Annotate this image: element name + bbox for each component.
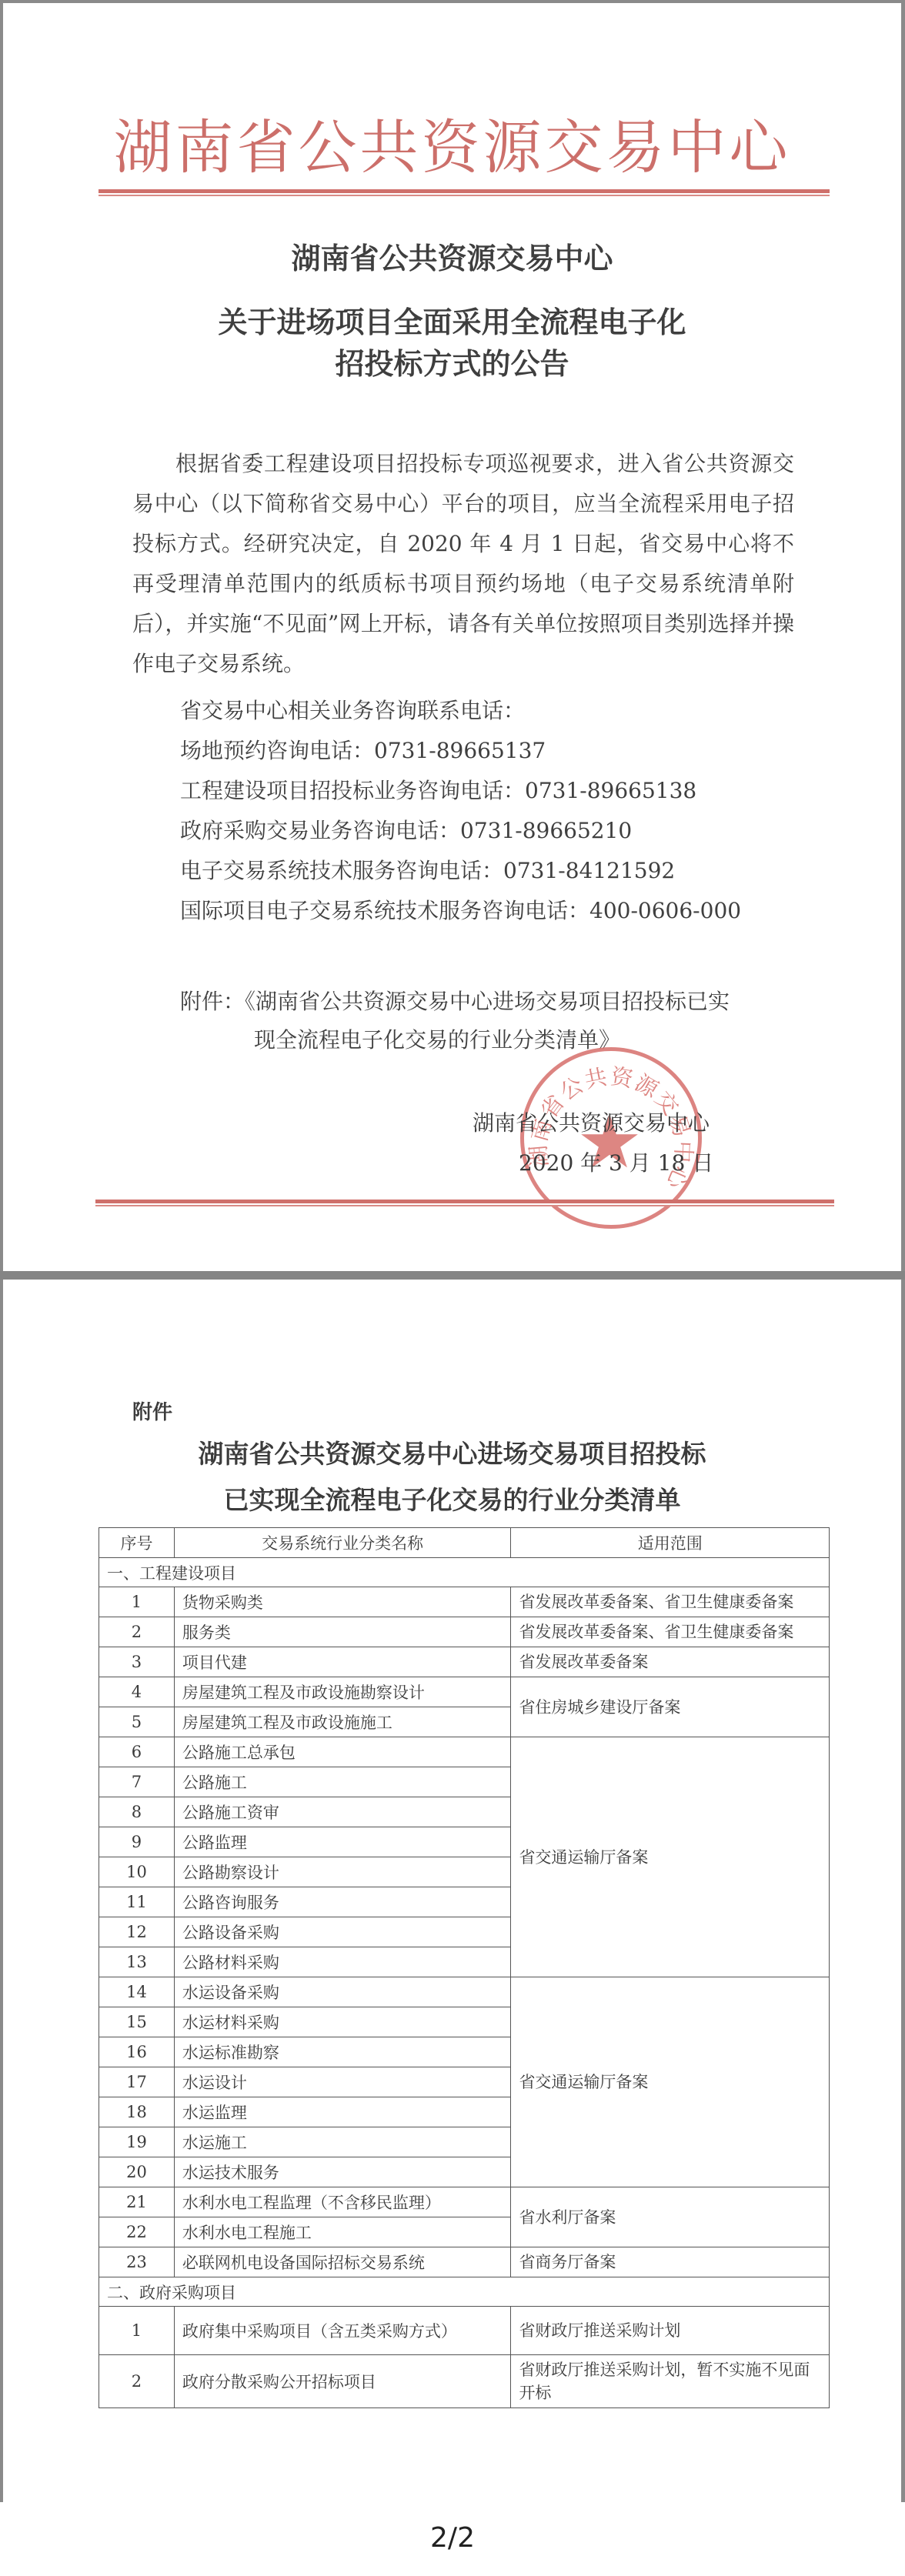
cell-no: 3 xyxy=(99,1647,175,1677)
cell-no: 1 xyxy=(99,2307,175,2355)
cell-scope: 省住房城乡建设厅备案 xyxy=(511,1677,830,1737)
notice-title-line-3: 招投标方式的公告 xyxy=(3,349,901,379)
contact-list: 省交易中心相关业务咨询联系电话： 场地预约咨询电话：0731-89665137 … xyxy=(180,691,741,931)
header-name: 交易系统行业分类名称 xyxy=(174,1528,511,1558)
signature-date: 2020 年 3 月 18 日 xyxy=(473,1143,713,1183)
cell-name: 水运技术服务 xyxy=(174,2157,511,2187)
contact-item: 工程建设项目招投标业务咨询电话：0731-89665138 xyxy=(180,771,741,811)
table-row: 21水利水电工程监理（不含移民监理）省水利厅备案 xyxy=(99,2187,830,2217)
cell-name: 公路材料采购 xyxy=(174,1947,511,1977)
cell-name: 水运施工 xyxy=(174,2127,511,2157)
cell-name: 公路设备采购 xyxy=(174,1917,511,1947)
notice-body: 根据省委工程建设项目招投标专项巡视要求，进入省公共资源交易中心（以下简称省交易中… xyxy=(132,444,794,684)
contacts-heading: 省交易中心相关业务咨询联系电话： xyxy=(180,691,741,731)
cell-no: 7 xyxy=(99,1767,175,1797)
table-row: 14水运设备采购省交通运输厅备案 xyxy=(99,1977,830,2007)
phone-number: 0731-89665210 xyxy=(460,818,632,843)
cell-no: 16 xyxy=(99,2037,175,2067)
notice-title-line-1: 湖南省公共资源交易中心 xyxy=(3,244,901,273)
cell-name: 政府分散采购公开招标项目 xyxy=(174,2355,511,2408)
cell-name: 房屋建筑工程及市政设施勘察设计 xyxy=(174,1677,511,1707)
table-row: 2服务类省发展改革委备案、省卫生健康委备案 xyxy=(99,1617,830,1647)
cell-no: 2 xyxy=(99,2355,175,2408)
cell-scope: 省水利厅备案 xyxy=(511,2187,830,2247)
cell-name: 水利水电工程监理（不含移民监理） xyxy=(174,2187,511,2217)
cell-name: 必联网机电设备国际招标交易系统 xyxy=(174,2247,511,2277)
letterhead: 湖南省公共资源交易中心 xyxy=(3,118,901,177)
table-row: 1货物采购类省发展改革委备案、省卫生健康委备案 xyxy=(99,1587,830,1617)
cell-name: 货物采购类 xyxy=(174,1587,511,1617)
cell-name: 房屋建筑工程及市政设施施工 xyxy=(174,1707,511,1737)
cell-scope: 省发展改革委备案、省卫生健康委备案 xyxy=(511,1617,830,1647)
cell-no: 20 xyxy=(99,2157,175,2187)
cell-no: 14 xyxy=(99,1977,175,2007)
cell-name: 公路施工总承包 xyxy=(174,1737,511,1767)
letterhead-red-rule xyxy=(99,189,830,197)
cell-no: 9 xyxy=(99,1827,175,1857)
cell-no: 6 xyxy=(99,1737,175,1767)
table-row: 1政府集中采购项目（含五类采购方式）省财政厅推送采购计划 xyxy=(99,2307,830,2355)
cell-no: 17 xyxy=(99,2067,175,2097)
phone-number: 0731-89665137 xyxy=(374,738,546,763)
table-row: 2政府分散采购公开招标项目省财政厅推送采购计划，暂不实施不见面开标 xyxy=(99,2355,830,2408)
cell-no: 19 xyxy=(99,2127,175,2157)
cell-no: 22 xyxy=(99,2217,175,2247)
cell-no: 18 xyxy=(99,2097,175,2127)
industry-classification-table: 序号 交易系统行业分类名称 适用范围 一、工程建设项目 1货物采购类省发展改革委… xyxy=(99,1527,830,2408)
cell-name: 公路监理 xyxy=(174,1827,511,1857)
cell-scope: 省财政厅推送采购计划 xyxy=(511,2307,830,2355)
header-no: 序号 xyxy=(99,1528,175,1558)
cell-name: 公路施工 xyxy=(174,1767,511,1797)
cell-scope: 省财政厅推送采购计划，暂不实施不见面开标 xyxy=(511,2355,830,2408)
phone-number: 400-0606-000 xyxy=(589,898,741,923)
cell-name: 公路咨询服务 xyxy=(174,1887,511,1917)
cell-scope: 省交通运输厅备案 xyxy=(511,1737,830,1977)
cell-no: 8 xyxy=(99,1797,175,1827)
page-indicator: 2/2 xyxy=(0,2522,905,2554)
cell-name: 项目代建 xyxy=(174,1647,511,1677)
annex-title-line-1: 湖南省公共资源交易中心进场交易项目招投标 xyxy=(3,1441,901,1467)
contact-item: 国际项目电子交易系统技术服务咨询电话：400-0606-000 xyxy=(180,891,741,931)
table-row: 3项目代建省发展改革委备案 xyxy=(99,1647,830,1677)
document-page-1: 湖南省公共资源交易中心 湖南省公共资源交易中心 关于进场项目全面采用全流程电子化… xyxy=(3,3,901,1271)
page-separator xyxy=(0,1271,905,1280)
cell-scope: 省商务厅备案 xyxy=(511,2247,830,2277)
cell-name: 服务类 xyxy=(174,1617,511,1647)
table-header-row: 序号 交易系统行业分类名称 适用范围 xyxy=(99,1528,830,1558)
cell-no: 5 xyxy=(99,1707,175,1737)
cell-no: 4 xyxy=(99,1677,175,1707)
cell-no: 10 xyxy=(99,1857,175,1887)
cell-name: 水运监理 xyxy=(174,2097,511,2127)
cell-name: 公路勘察设计 xyxy=(174,1857,511,1887)
annex-label: 附件 xyxy=(132,1396,172,1425)
cell-scope: 省发展改革委备案 xyxy=(511,1647,830,1677)
cell-name: 水利水电工程施工 xyxy=(174,2217,511,2247)
cell-name: 水运设备采购 xyxy=(174,1977,511,2007)
cell-scope: 省发展改革委备案、省卫生健康委备案 xyxy=(511,1587,830,1617)
section-row: 二、政府采购项目 xyxy=(99,2277,830,2307)
annex-title-line-2: 已实现全流程电子化交易的行业分类清单 xyxy=(3,1487,901,1513)
cell-no: 2 xyxy=(99,1617,175,1647)
cell-name: 公路施工资审 xyxy=(174,1797,511,1827)
table-row: 23必联网机电设备国际招标交易系统省商务厅备案 xyxy=(99,2247,830,2277)
notice-title-line-2: 关于进场项目全面采用全流程电子化 xyxy=(3,308,901,337)
cell-no: 15 xyxy=(99,2007,175,2037)
contact-item: 场地预约咨询电话：0731-89665137 xyxy=(180,731,741,771)
contact-item: 政府采购交易业务咨询电话：0731-89665210 xyxy=(180,811,741,851)
cell-name: 水运材料采购 xyxy=(174,2007,511,2037)
signature-org: 湖南省公共资源交易中心 xyxy=(473,1103,713,1143)
footer-red-rule xyxy=(95,1200,834,1206)
phone-number: 0731-89665138 xyxy=(525,778,696,803)
notice-paragraph: 根据省委工程建设项目招投标专项巡视要求，进入省公共资源交易中心（以下简称省交易中… xyxy=(132,444,794,684)
viewer-scrollbar[interactable] xyxy=(901,0,905,2502)
table-row: 4房屋建筑工程及市政设施勘察设计省住房城乡建设厅备案 xyxy=(99,1677,830,1707)
table-row: 6公路施工总承包省交通运输厅备案 xyxy=(99,1737,830,1767)
cell-no: 23 xyxy=(99,2247,175,2277)
document-page-2: 附件 湖南省公共资源交易中心进场交易项目招投标 已实现全流程电子化交易的行业分类… xyxy=(3,1280,901,2502)
phone-number: 0731-84121592 xyxy=(503,858,675,883)
section-row: 一、工程建设项目 xyxy=(99,1558,830,1587)
cell-no: 21 xyxy=(99,2187,175,2217)
attachment-note: 附件：《湖南省公共资源交易中心进场交易项目招投标已实 现全流程电子化交易的行业分… xyxy=(180,983,811,1059)
cell-name: 政府集中采购项目（含五类采购方式） xyxy=(174,2307,511,2355)
signature-block: 湖南省公共资源交易中心 2020 年 3 月 18 日 xyxy=(473,1103,713,1183)
cell-no: 11 xyxy=(99,1887,175,1917)
cell-no: 12 xyxy=(99,1917,175,1947)
header-scope: 适用范围 xyxy=(511,1528,830,1558)
cell-no: 13 xyxy=(99,1947,175,1977)
cell-no: 1 xyxy=(99,1587,175,1617)
cell-name: 水运标准勘察 xyxy=(174,2037,511,2067)
cell-scope: 省交通运输厅备案 xyxy=(511,1977,830,2187)
contact-item: 电子交易系统技术服务咨询电话：0731-84121592 xyxy=(180,851,741,891)
cell-name: 水运设计 xyxy=(174,2067,511,2097)
